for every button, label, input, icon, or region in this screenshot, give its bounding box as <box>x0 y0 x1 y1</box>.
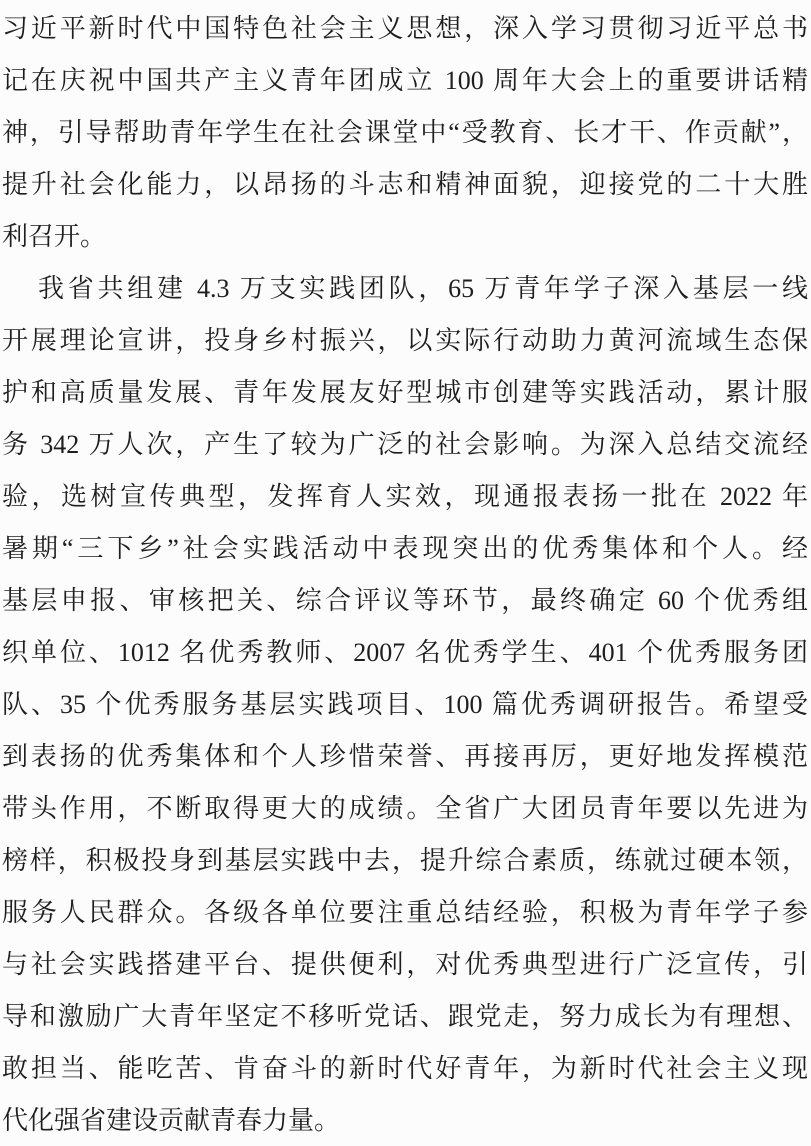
text-line: 记在庆祝中国共产主义青年团成立 100 周年大会上的重要讲话精 <box>2 55 808 107</box>
text-line: 榜样，积极投身到基层实践中去，提升综合素质，练就过硬本领， <box>2 835 808 887</box>
text-line: 暑期“三下乡”社会实践活动中表现突出的优秀集体和个人。经 <box>2 523 808 575</box>
text-line: 织单位、1012 名优秀教师、2007 名优秀学生、401 个优秀服务团 <box>2 627 808 679</box>
document-page: 习近平新时代中国特色社会主义思想，深入学习贯彻习近平总书 记在庆祝中国共产主义青… <box>0 0 811 1146</box>
text-line: 开展理论宣讲，投身乡村振兴，以实际行动助力黄河流域生态保 <box>2 315 808 367</box>
text-line: 敢担当、能吃苦、肯奋斗的新时代好青年，为新时代社会主义现 <box>2 1043 808 1095</box>
text-line: 与社会实践搭建平台、提供便利，对优秀典型进行广泛宣传，引 <box>2 939 808 991</box>
text-line: 神，引导帮助青年学生在社会课堂中“受教育、长才干、作贡献”， <box>2 107 808 159</box>
text-line: 提升社会化能力，以昂扬的斗志和精神面貌，迎接党的二十大胜 <box>2 159 808 211</box>
text-line: 带头作用，不断取得更大的成绩。全省广大团员青年要以先进为 <box>2 783 808 835</box>
text-line: 验，选树宣传典型，发挥育人实效，现通报表扬一批在 2022 年 <box>2 471 808 523</box>
text-line: 导和激励广大青年坚定不移听党话、跟党走，努力成长为有理想、 <box>2 991 808 1043</box>
text-line: 护和高质量发展、青年发展友好型城市创建等实践活动，累计服 <box>2 367 808 419</box>
text-line: 服务人民群众。各级各单位要注重总结经验，积极为青年学子参 <box>2 887 808 939</box>
text-line-paragraph-end: 代化强省建设贡献青春力量。 <box>2 1095 808 1146</box>
text-line: 到表扬的优秀集体和个人珍惜荣誉、再接再厉，更好地发挥模范 <box>2 731 808 783</box>
text-line: 习近平新时代中国特色社会主义思想，深入学习贯彻习近平总书 <box>2 3 808 55</box>
text-line: 基层申报、审核把关、综合评议等环节，最终确定 60 个优秀组 <box>2 575 808 627</box>
text-line-paragraph-start: 我省共组建 4.3 万支实践团队，65 万青年学子深入基层一线 <box>2 263 808 315</box>
text-line: 务 342 万人次，产生了较为广泛的社会影响。为深入总结交流经 <box>2 419 808 471</box>
text-line: 队、35 个优秀服务基层实践项目、100 篇优秀调研报告。希望受 <box>2 679 808 731</box>
text-line-paragraph-end: 利召开。 <box>2 211 808 263</box>
